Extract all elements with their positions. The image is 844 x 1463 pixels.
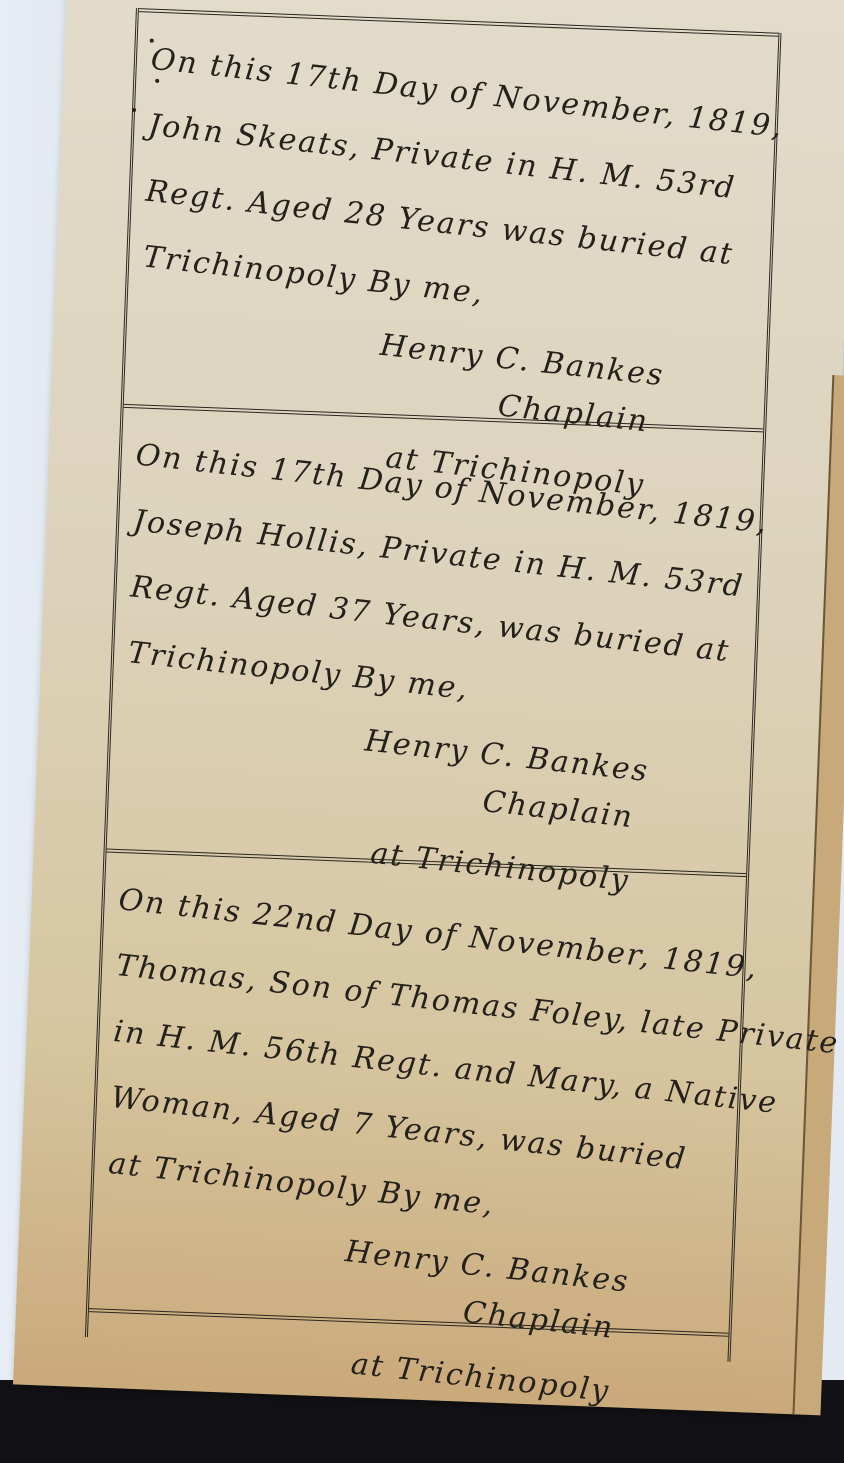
register-page: On this 17th Day of November, 1819, John… [13,0,844,1415]
register-frame: On this 17th Day of November, 1819, John… [85,8,782,1362]
burial-entry-3: On this 22nd Day of November, 1819, Thom… [89,853,746,1337]
burial-entry-2: On this 17th Day of November, 1819, Jose… [107,408,764,877]
burial-entry-1: On this 17th Day of November, 1819, John… [124,8,779,432]
